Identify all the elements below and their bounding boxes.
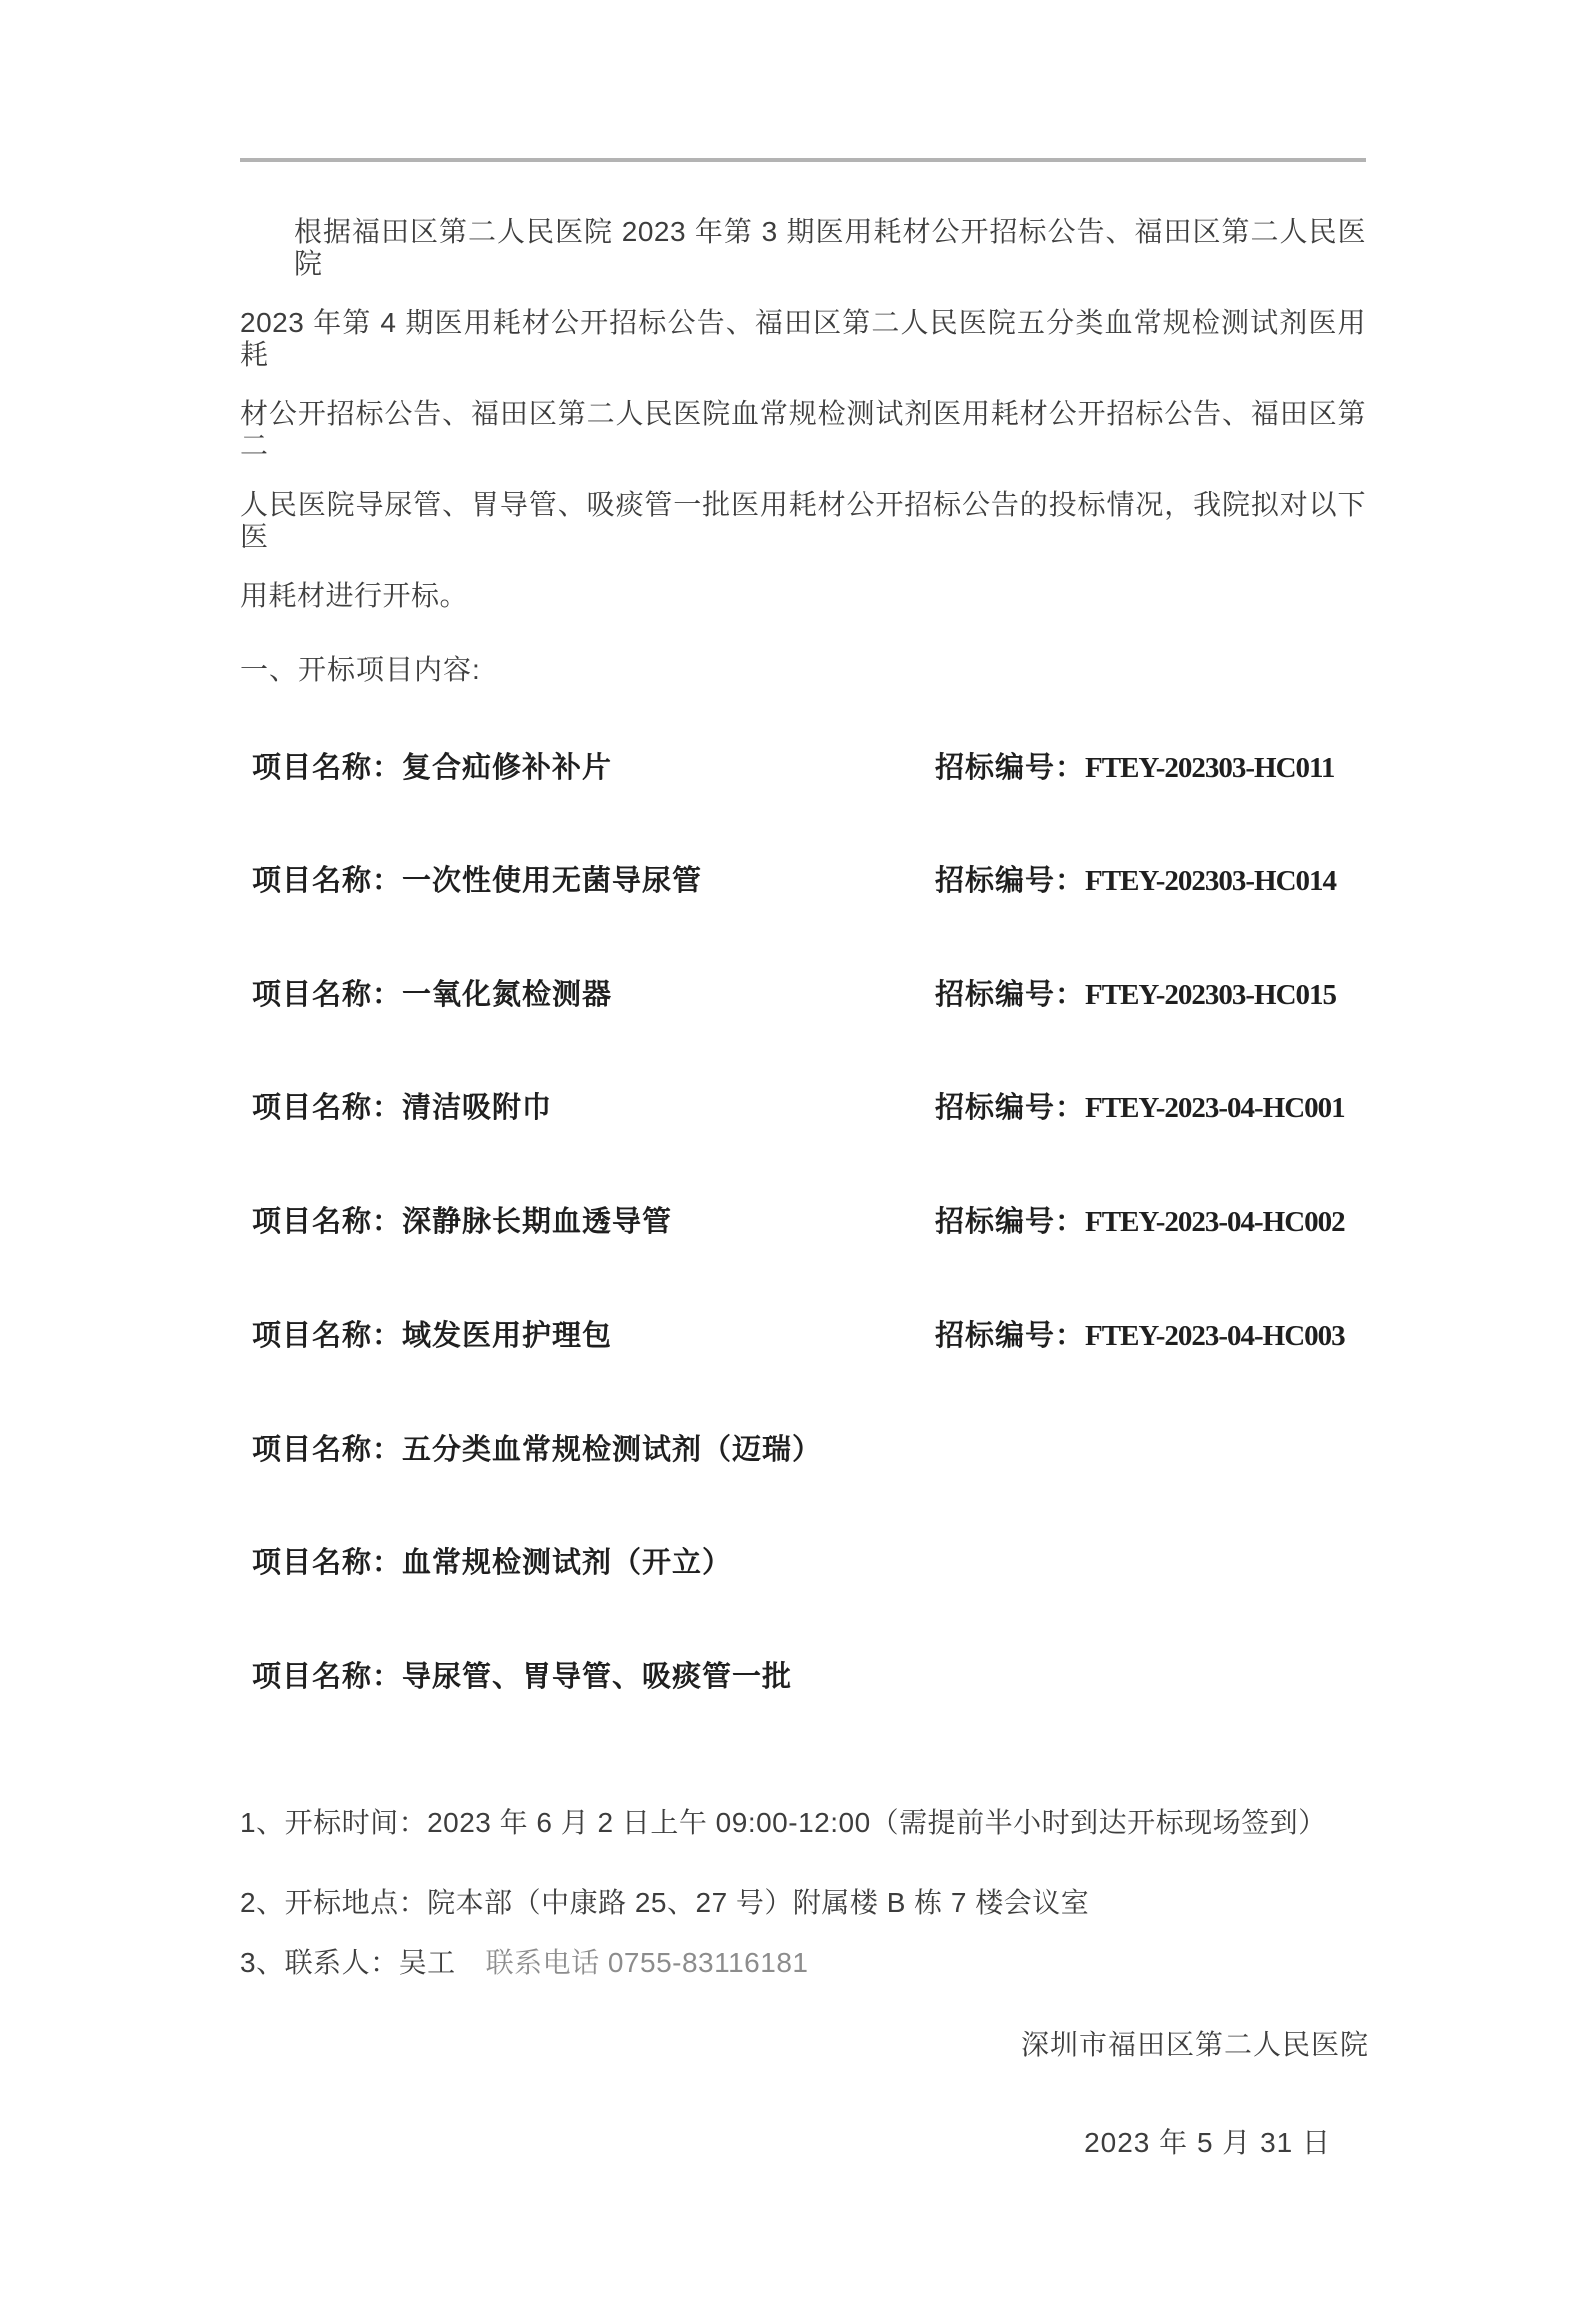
bid-opening-time: 1、开标时间：2023 年 6 月 2 日上午 09:00-12:00（需提前半… bbox=[240, 1806, 1390, 1840]
project-code-value: FTEY-202303-HC011 bbox=[1085, 752, 1334, 784]
intro-paragraph-line: 2023 年第 4 期医用耗材公开招标公告、福田区第二人民医院五分类血常规检测试… bbox=[240, 307, 1366, 371]
project-name: 项目名称：血常规检测试剂（开立） bbox=[252, 1546, 732, 1580]
intro-paragraph-line: 材公开招标公告、福田区第二人民医院血常规检测试剂医用耗材公开招标公告、福田区第二 bbox=[240, 398, 1366, 462]
project-code-value: FTEY-202303-HC015 bbox=[1085, 979, 1336, 1011]
project-name: 项目名称：深静脉长期血透导管 bbox=[252, 1205, 672, 1239]
project-name-label: 项目名称： bbox=[252, 1320, 402, 1352]
project-row: 项目名称：一氧化氮检测器 招标编号：FTEY-202303-HC015 bbox=[252, 978, 1366, 1012]
project-code-value: FTEY-2023-04-HC001 bbox=[1085, 1092, 1345, 1124]
project-row: 项目名称：清洁吸附巾 招标编号：FTEY-2023-04-HC001 bbox=[252, 1091, 1366, 1125]
project-name: 项目名称：导尿管、胃导管、吸痰管一批 bbox=[252, 1660, 792, 1694]
project-name: 项目名称：一氧化氮检测器 bbox=[252, 978, 612, 1012]
project-row: 项目名称：深静脉长期血透导管 招标编号：FTEY-2023-04-HC002 bbox=[252, 1205, 1366, 1239]
project-name-label: 项目名称： bbox=[252, 865, 402, 897]
project-code: 招标编号：FTEY-2023-04-HC003 bbox=[935, 1319, 1345, 1353]
project-name-value: 复合疝修补补片 bbox=[402, 752, 612, 784]
project-code: 招标编号：FTEY-2023-04-HC002 bbox=[935, 1205, 1345, 1239]
project-code: 招标编号：FTEY-202303-HC014 bbox=[935, 864, 1336, 898]
project-name: 项目名称：五分类血常规检测试剂（迈瑞） bbox=[252, 1433, 822, 1467]
project-name: 项目名称：一次性使用无菌导尿管 bbox=[252, 864, 702, 898]
project-code-label: 招标编号： bbox=[935, 1320, 1085, 1352]
project-row: 项目名称：导尿管、胃导管、吸痰管一批 bbox=[252, 1660, 1366, 1694]
project-name-label: 项目名称： bbox=[252, 1092, 402, 1124]
project-code-value: FTEY-2023-04-HC003 bbox=[1085, 1320, 1345, 1352]
header-divider bbox=[240, 158, 1366, 162]
project-name: 项目名称：清洁吸附巾 bbox=[252, 1091, 552, 1125]
project-row: 项目名称：复合疝修补补片 招标编号：FTEY-202303-HC011 bbox=[252, 751, 1366, 785]
project-name-value: 导尿管、胃导管、吸痰管一批 bbox=[402, 1661, 792, 1693]
project-name-label: 项目名称： bbox=[252, 979, 402, 1011]
project-name: 项目名称：复合疝修补补片 bbox=[252, 751, 612, 785]
project-name-value: 深静脉长期血透导管 bbox=[402, 1206, 672, 1238]
signature-organization: 深圳市福田区第二人民医院 bbox=[1021, 2028, 1369, 2062]
contact-phone: 联系电话 0755-83116181 bbox=[486, 1947, 809, 1978]
project-code: 招标编号：FTEY-2023-04-HC001 bbox=[935, 1091, 1345, 1125]
project-name-label: 项目名称： bbox=[252, 1434, 402, 1466]
project-code-value: FTEY-202303-HC014 bbox=[1085, 865, 1336, 897]
document-page: 根据福田区第二人民医院 2023 年第 3 期医用耗材公开招标公告、福田区第二人… bbox=[0, 0, 1587, 2303]
project-row: 项目名称：域发医用护理包 招标编号：FTEY-2023-04-HC003 bbox=[252, 1319, 1366, 1353]
project-code-label: 招标编号： bbox=[935, 1206, 1085, 1238]
project-code-label: 招标编号： bbox=[935, 979, 1085, 1011]
project-code: 招标编号：FTEY-202303-HC015 bbox=[935, 978, 1336, 1012]
project-name-value: 五分类血常规检测试剂（迈瑞） bbox=[402, 1434, 822, 1466]
project-code-label: 招标编号： bbox=[935, 1092, 1085, 1124]
project-name-label: 项目名称： bbox=[252, 1206, 402, 1238]
section-heading: 一、开标项目内容: bbox=[240, 654, 481, 686]
project-name-value: 一氧化氮检测器 bbox=[402, 979, 612, 1011]
project-name-value: 域发医用护理包 bbox=[402, 1320, 612, 1352]
project-row: 项目名称：血常规检测试剂（开立） bbox=[252, 1546, 1366, 1580]
project-code-label: 招标编号： bbox=[935, 865, 1085, 897]
project-name-value: 清洁吸附巾 bbox=[402, 1092, 552, 1124]
intro-paragraph-line: 用耗材进行开标。 bbox=[240, 580, 1366, 612]
project-name-label: 项目名称： bbox=[252, 1547, 402, 1579]
project-row: 项目名称：五分类血常规检测试剂（迈瑞） bbox=[252, 1433, 1366, 1467]
project-code-value: FTEY-2023-04-HC002 bbox=[1085, 1206, 1345, 1238]
project-name-value: 一次性使用无菌导尿管 bbox=[402, 865, 702, 897]
project-name: 项目名称：域发医用护理包 bbox=[252, 1319, 612, 1353]
intro-paragraph-line: 根据福田区第二人民医院 2023 年第 3 期医用耗材公开招标公告、福田区第二人… bbox=[294, 216, 1366, 280]
project-name-label: 项目名称： bbox=[252, 1661, 402, 1693]
bid-opening-location: 2、开标地点：院本部（中康路 25、27 号）附属楼 B 栋 7 楼会议室 bbox=[240, 1886, 1390, 1920]
signature-date: 2023 年 5 月 31 日 bbox=[1084, 2126, 1331, 2160]
project-row: 项目名称：一次性使用无菌导尿管 招标编号：FTEY-202303-HC014 bbox=[252, 864, 1366, 898]
intro-paragraph-line: 人民医院导尿管、胃导管、吸痰管一批医用耗材公开招标公告的投标情况，我院拟对以下医 bbox=[240, 489, 1366, 553]
contact-person: 3、联系人：吴工 bbox=[240, 1947, 456, 1978]
project-code-label: 招标编号： bbox=[935, 752, 1085, 784]
contact-line: 3、联系人：吴工联系电话 0755-83116181 bbox=[240, 1946, 1390, 1980]
project-code: 招标编号：FTEY-202303-HC011 bbox=[935, 751, 1334, 785]
project-name-value: 血常规检测试剂（开立） bbox=[402, 1547, 732, 1579]
project-name-label: 项目名称： bbox=[252, 752, 402, 784]
